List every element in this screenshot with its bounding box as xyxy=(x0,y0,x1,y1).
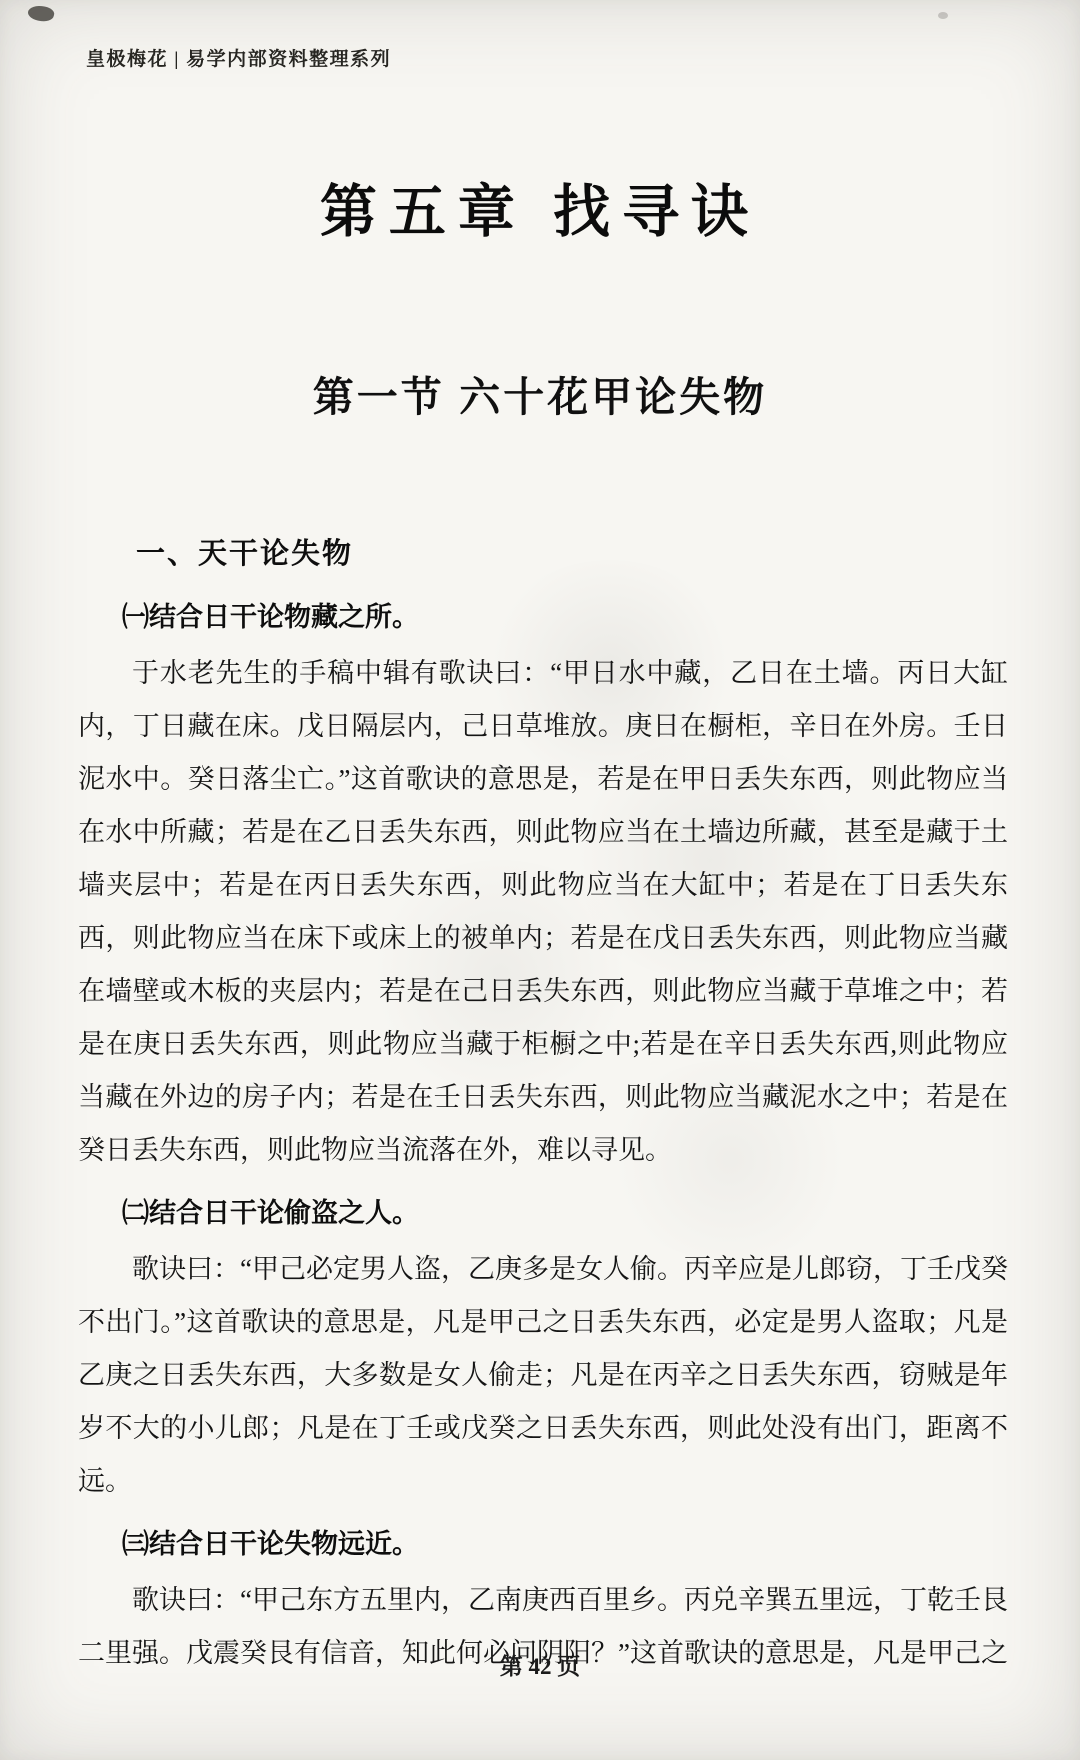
subsection-heading-3: ㈢结合日干论失物远近。 xyxy=(78,1518,1008,1571)
running-header: 皇极梅花 | 易学内部资料整理系列 xyxy=(86,44,391,71)
chapter-title: 第五章 找寻诀 xyxy=(0,166,1080,248)
subsection-paragraph-2: 歌诀曰：“甲己必定男人盗，乙庚多是女人偷。丙辛应是儿郎窃，丁壬戊癸不出门。”这首… xyxy=(78,1243,1008,1508)
scan-ink-mark xyxy=(938,12,948,19)
subsection-paragraph-1: 于水老先生的手稿中辑有歌诀曰：“甲日水中藏，乙日在土墙。丙日大缸内，丁日藏在床。… xyxy=(78,647,1008,1177)
subsection-heading-2: ㈡结合日干论偷盗之人。 xyxy=(78,1187,1008,1240)
subsection-heading-1: ㈠结合日干论物藏之所。 xyxy=(78,591,1008,644)
page-number: 第 42 页 xyxy=(0,1648,1080,1681)
heading-tiangan-lost-items: 一、天干论失物 xyxy=(78,528,1008,581)
section-title: 第一节 六十花甲论失物 xyxy=(0,364,1080,423)
scanned-book-page: 皇极梅花 | 易学内部资料整理系列 第五章 找寻诀 第一节 六十花甲论失物 一、… xyxy=(0,0,1080,1760)
scan-ink-mark xyxy=(27,3,56,23)
body-text: 一、天干论失物 ㈠结合日干论物藏之所。 于水老先生的手稿中辑有歌诀曰：“甲日水中… xyxy=(78,528,1008,1680)
